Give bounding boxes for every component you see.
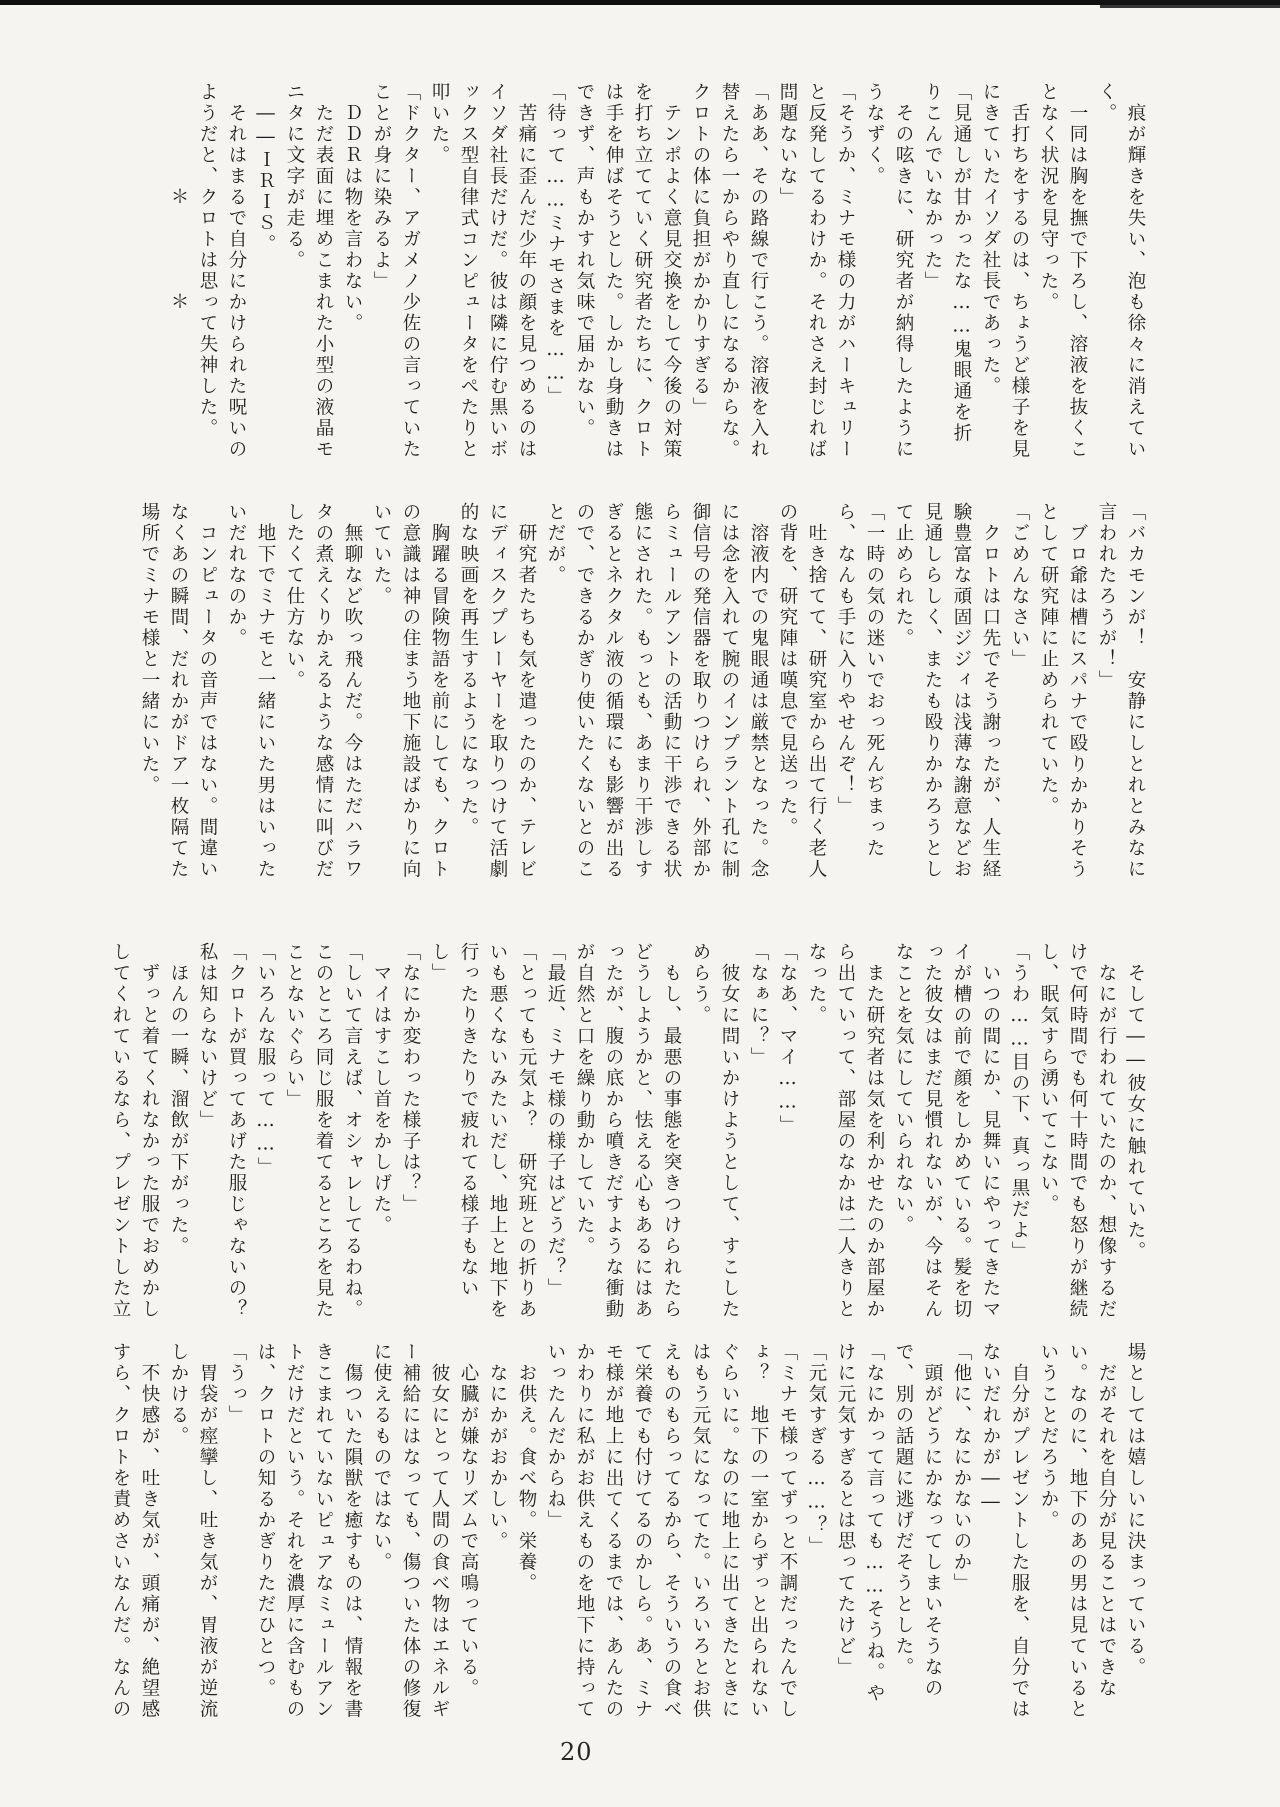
scan-edge-top [0, 0, 1280, 5]
paragraph: ＤＤＲは物を言わない。 [338, 82, 367, 462]
paragraph: ブロ爺は槽にスパナで殴りかかりそうとして研究陣に止められていた。 [1034, 502, 1092, 882]
paragraph: いつの間にか、見舞いにやってきたマイが槽の前で顔をしかめている。髪を切った彼女は… [889, 942, 1005, 1322]
paragraph: 一同は胸を撫で下ろし、溶液を抜くことなく状況を見守った。 [1034, 82, 1092, 462]
paragraph: 痕が輝きを失い、泡も徐々に消えていく。 [1092, 82, 1150, 462]
paragraph: 「他に、なにかないのか」 [947, 1342, 976, 1722]
paragraph: そして――彼女に触れていた。 [1121, 942, 1150, 1322]
paragraph: 彼女にとって人間の食べ物はエネルギー補給にはなっても、傷ついた体の修復に使えるも… [367, 1342, 454, 1722]
paragraph: もし、最悪の事態を突きつけられたらどうしようかと、怯える心もあるにはあったが、腹… [570, 942, 686, 1322]
paragraph: コンピュータの音声ではない。間違いなくあの瞬間、だれかがドア一枚隔てた場所でミナ… [135, 502, 222, 882]
paragraph: 「ごめんなさい」 [1005, 502, 1034, 882]
paragraph: 「しいて言えば、オシャレしてるわね。このところ同じ服を着てるところを見たことない… [280, 942, 367, 1322]
paragraph: 研究者たちも気を遣ったのか、テレビにディスクプレーヤーを取りつけて活劇的な映画を… [454, 502, 541, 882]
paragraph: 不快感が、吐き気が、頭痛が、絶望感すら、クロトを責めさいなんだ。なんの [106, 1342, 164, 1722]
paragraph: 「ミナモ様ってずっと不調だったんでしょ？ 地下の一室からずっと出られないぐらいに… [541, 1342, 802, 1722]
paragraph: 「最近、ミナモ様の様子はどうだ？」 [541, 942, 570, 1322]
paragraph: 「とっても元気よ？ 研究班との折りあいも悪くないみたいだし、地上と地下を行ったり… [425, 942, 541, 1322]
paragraph: 「見通しが甘かったな……鬼眼通を折りこんでいなかった」 [918, 82, 976, 462]
paragraph: その呟きに、研究者が納得したようにうなずく。 [860, 82, 918, 462]
paragraph: 「ああ、その路線で行こう。溶液を入れ替えたら一からやり直しになるからな。クロトの… [686, 82, 773, 462]
paragraph: 「クロトが買ってあげた服じゃないの？ 私は知らないけど」 [193, 942, 251, 1322]
paragraph: ずっと着てくれなかった服でおめかししてくれているなら、プレゼントした立 [106, 942, 164, 1322]
page: 痕が輝きを失い、泡も徐々に消えていく。 一同は胸を撫で下ろし、溶液を抜くことなく… [0, 0, 1280, 1807]
paragraph: 「うわ……目の下、真っ黒だよ」 [1005, 942, 1034, 1322]
paragraph: 自分がプレゼントした服を、自分ではないだれかが―― [976, 1342, 1034, 1722]
text-band-1: 痕が輝きを失い、泡も徐々に消えていく。 一同は胸を撫で下ろし、溶液を抜くことなく… [164, 82, 1150, 462]
paragraph: 「なにか変わった様子は？」 [396, 942, 425, 1322]
paragraph: テンポよく意見交換をして今後の対策を打ち立てていく研究者たちに、クロトは手を伸ば… [570, 82, 686, 462]
paragraph: 「うっ」 [222, 1342, 251, 1722]
text-band-4: 場としては嬉しいに決まっている。 だがそれを自分が見ることはできない。なのに、地… [106, 1342, 1150, 1722]
paragraph: なにかがおかしい。 [483, 1342, 512, 1722]
text-band-2: 「バカモンが！ 安静にしとれとみなに言われたろうが！」 ブロ爺は槽にスパナで殴り… [135, 502, 1150, 882]
paragraph: 頭がどうにかなってしまいそうなので、別の話題に逃げだそうとした。 [889, 1342, 947, 1722]
paragraph: 「いろんな服って……」 [251, 942, 280, 1322]
paragraph: 「なあ、マイ……」 [773, 942, 802, 1322]
paragraph: お供え。食べ物。栄養。 [512, 1342, 541, 1722]
paragraph: なにが行われていたのか、想像するだけで何時間でも何十時間でも怒りが継続し、眠気す… [1034, 942, 1121, 1322]
paragraph: だがそれを自分が見ることはできない。なのに、地下のあの男は見ているということだろ… [1034, 1342, 1121, 1722]
paragraph: 地下でミナモと一緒にいた男はいったいだれなのか。 [222, 502, 280, 882]
text-band-3: そして――彼女に触れていた。 なにが行われていたのか、想像するだけで何時間でも何… [106, 942, 1150, 1322]
paragraph: 吐き捨てて、研究室から出て行く老人の背を、研究陣は嘆息で見送った。 [773, 502, 831, 882]
paragraph: 場としては嬉しいに決まっている。 [1121, 1342, 1150, 1722]
paragraph: 「なにかって言っても……そうね。やけに元気すぎるとは思ってたけど」 [831, 1342, 889, 1722]
paragraph: 彼女に問いかけようとして、すこしためらう。 [686, 942, 744, 1322]
paragraph: 「一時の気の迷いでおっ死んぢまったら、なんも手に入りやせんぞ！」 [831, 502, 889, 882]
scan-edge-corner [1100, 0, 1280, 8]
paragraph: 「バカモンが！ 安静にしとれとみなに言われたろうが！」 [1092, 502, 1150, 882]
paragraph: 「ドクター、アガメノ少佐の言っていたことが身に染みるよ」 [367, 82, 425, 462]
page-number: 20 [560, 1738, 593, 1766]
paragraph: クロトは口先でそう謝ったが、人生経験豊富な頑固ジジィは浅薄な謝意などお見通しらし… [889, 502, 1005, 882]
paragraph: また研究者は気を利かせたのか部屋から出ていって、部屋のなかは二人きりとなった。 [802, 942, 889, 1322]
paragraph: 心臓が嫌なリズムで高鳴っている。 [454, 1342, 483, 1722]
paragraph: 溶液内での鬼眼通は厳禁となった。念には念を入れて腕のインプラント孔に制御信号の発… [541, 502, 773, 882]
paragraph: 苦痛に歪んだ少年の顔を見つめるのはイソダ社長だけだ。彼は隣に佇む黒いボックス型自… [425, 82, 541, 462]
paragraph: 舌打ちをするのは、ちょうど様子を見にきていたイソダ社長であった。 [976, 82, 1034, 462]
paragraph: 「なぁに？」 [744, 942, 773, 1322]
paragraph: ほんの一瞬、溜飲が下がった。 [164, 942, 193, 1322]
scene-break-separator: ＊ ＊ [164, 82, 193, 462]
paragraph: 「元気すぎる……？」 [802, 1342, 831, 1722]
paragraph: 傷ついた隕獣を癒すものは、情報を書きこまれていないピュアなミュールアントだけだと… [251, 1342, 367, 1722]
paragraph: 胸躍る冒険物語を前にしても、クロトの意識は神の住まう地下施設ばかりに向いていた。 [367, 502, 454, 882]
paragraph: それはまるで自分にかけられた呪いのようだと、クロトは思って失神した。 [193, 82, 251, 462]
paragraph: ただ表面に埋めこまれた小型の液晶モニタに文字が走る。 [280, 82, 338, 462]
paragraph: 無聊など吹っ飛んだ。今はただハラワタの煮えくりかえるような感情に叫びだしたくて仕… [280, 502, 367, 882]
paragraph: ――ＩＲＩＳ。 [251, 82, 280, 462]
paragraph: マイはすこし首をかしげた。 [367, 942, 396, 1322]
paragraph: 「そうか、ミナモ様の力がハーキュリーと反発してるわけか。それさえ封じれば問題ない… [773, 82, 860, 462]
paragraph: 「待って……ミナモさまを……」 [541, 82, 570, 462]
paragraph: 胃袋が痙攣し、吐き気が、胃液が逆流しかける。 [164, 1342, 222, 1722]
